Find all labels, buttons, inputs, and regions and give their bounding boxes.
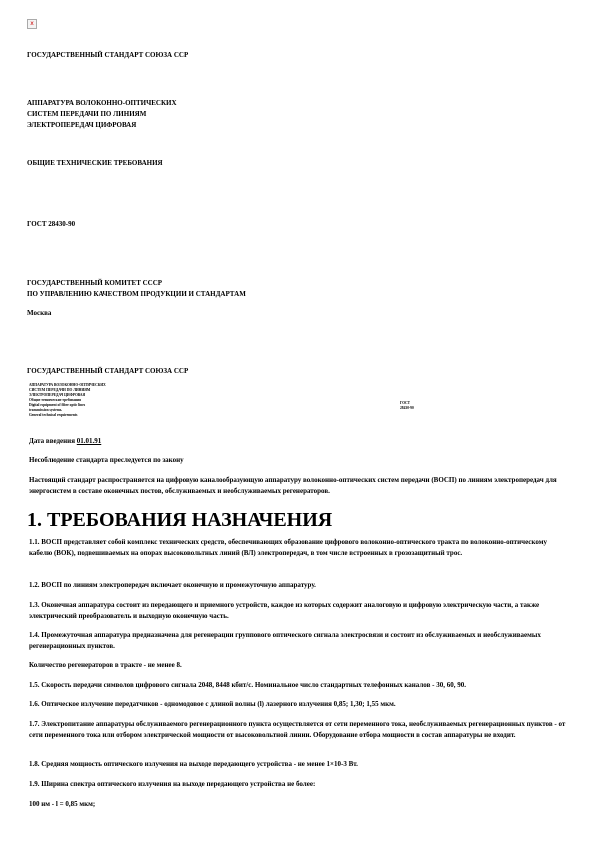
effective-date-value[interactable]: 01.01.91 (77, 437, 102, 445)
small-gost-block: ГОСТ 28430-90 (400, 401, 414, 411)
scope-paragraph: Настоящий стандарт распространяется на ц… (29, 475, 569, 497)
small-title-line: General technical requirements (29, 413, 106, 418)
section-heading: 1. ТРЕБОВАНИЯ НАЗНАЧЕНИЯ (27, 508, 332, 532)
title-line: АППАРАТУРА ВОЛОКОННО-ОПТИЧЕСКИХ (27, 98, 177, 109)
second-state-standard-header: ГОСУДАРСТВЕННЫЙ СТАНДАРТ СОЮЗА ССР (27, 366, 188, 377)
gost-number: ГОСТ 28430-90 (27, 219, 75, 230)
paragraph-1-5: 1.5. Скорость передачи символов цифровог… (29, 680, 569, 691)
title-line: ЭЛЕКТРОПЕРЕДАЧ ЦИФРОВАЯ (27, 120, 177, 131)
small-gost-number: 28430-90 (400, 406, 414, 411)
paragraph-1-6: 1.6. Оптическое излучение передатчиков -… (29, 699, 569, 710)
paragraph-1-9: 1.9. Ширина спектра оптического излучени… (29, 779, 569, 790)
paragraph-1-4: 1.4. Промежуточная аппаратура предназнач… (29, 630, 569, 652)
paragraph-1-1: 1.1. ВОСП представляет собой комплекс те… (29, 537, 569, 559)
paragraph-1-8: 1.8. Средняя мощность оптического излуче… (29, 759, 569, 770)
committee-line: ГОСУДАРСТВЕННЫЙ КОМИТЕТ СССР (27, 278, 246, 289)
broken-image-icon: x (27, 19, 37, 29)
committee-block: ГОСУДАРСТВЕННЫЙ КОМИТЕТ СССР ПО УПРАВЛЕН… (27, 278, 246, 300)
regenerator-count: Количество регенераторов в тракте - не м… (29, 660, 569, 671)
title-block: АППАРАТУРА ВОЛОКОННО-ОПТИЧЕСКИХ СИСТЕМ П… (27, 98, 177, 131)
paragraph-1-3: 1.3. Оконечная аппаратура состоит из пер… (29, 600, 569, 622)
effective-date-label: Дата введения (29, 437, 75, 445)
small-title-block: АППАРАТУРА ВОЛОКОННО-ОПТИЧЕСКИХ СИСТЕМ П… (29, 383, 106, 418)
title-line: СИСТЕМ ПЕРЕДАЧИ ПО ЛИНИЯМ (27, 109, 177, 120)
paragraph-1-7: 1.7. Электропитание аппаратуры обслужива… (29, 719, 569, 741)
paragraph-1-2: 1.2. ВОСП по линиям электропередач включ… (29, 580, 569, 591)
spectrum-width-item: 100 нм - l = 0,85 мкм; (29, 799, 569, 810)
prosecution-notice: Несоблюдение стандарта преследуется по з… (29, 455, 184, 466)
committee-line: ПО УПРАВЛЕНИЮ КАЧЕСТВОМ ПРОДУКЦИИ И СТАН… (27, 289, 246, 300)
city: Москва (27, 308, 51, 319)
effective-date: Дата введения 01.01.91 (29, 436, 101, 447)
document-subtitle: ОБЩИЕ ТЕХНИЧЕСКИЕ ТРЕБОВАНИЯ (27, 158, 163, 169)
state-standard-header: ГОСУДАРСТВЕННЫЙ СТАНДАРТ СОЮЗА ССР (27, 50, 188, 61)
